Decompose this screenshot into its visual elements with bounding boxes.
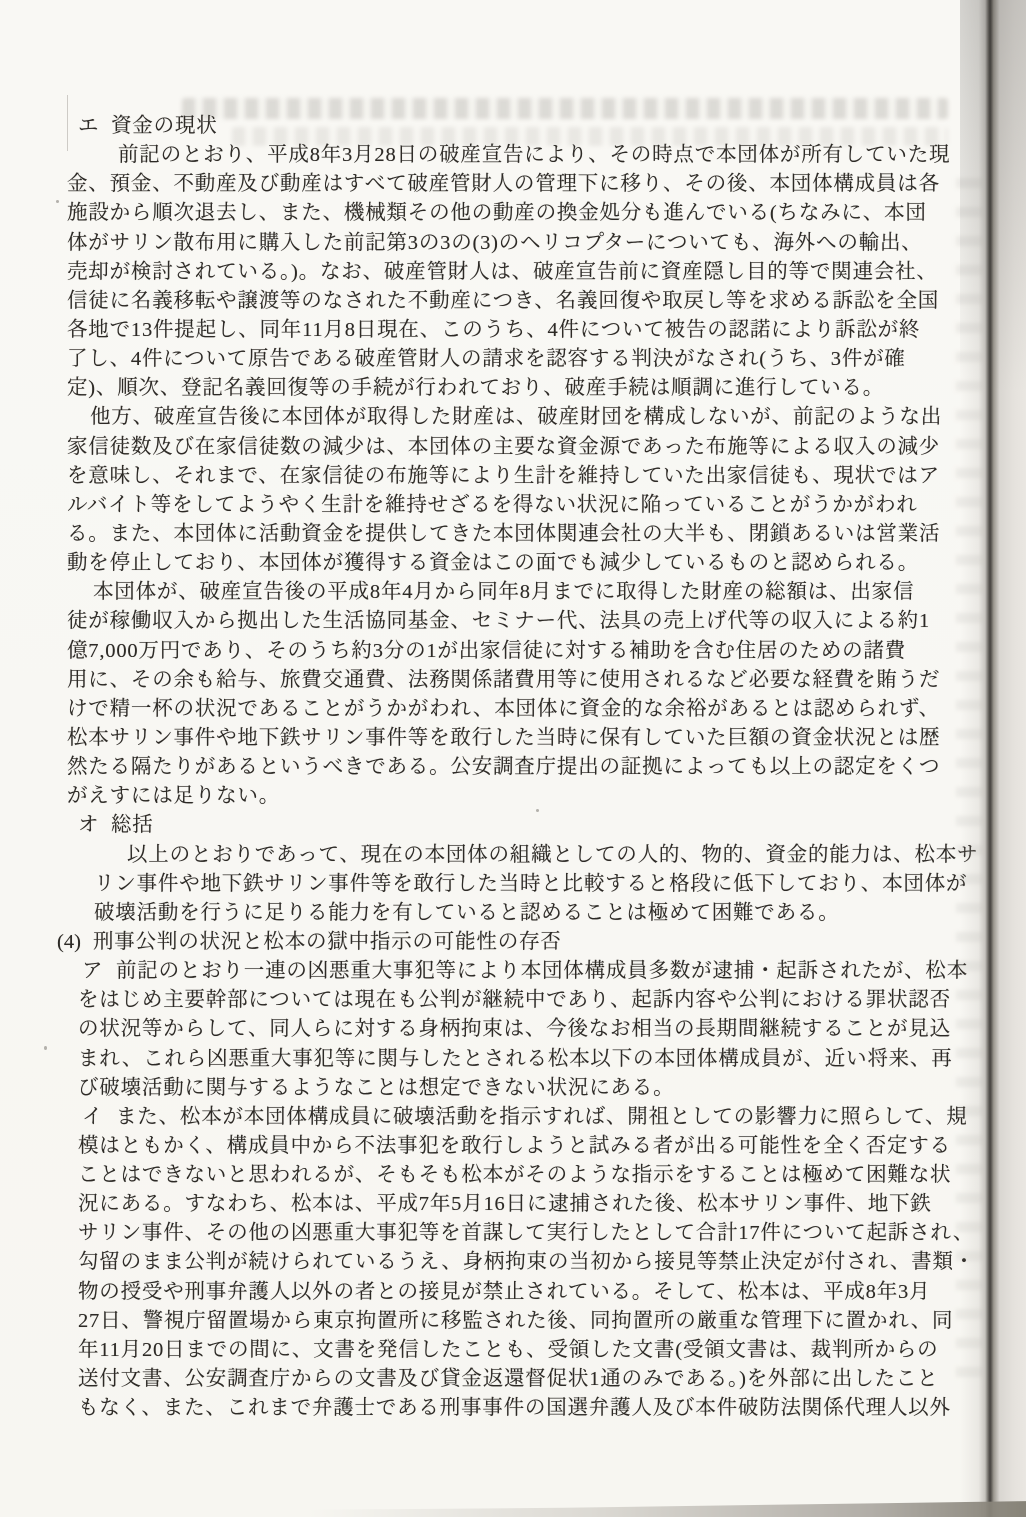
text-line: 他方、破産宣告後に本団体が取得した財産は、破産財団を構成しないが、前記のような出 xyxy=(0,403,1026,432)
section-marker: エ xyxy=(78,112,111,141)
text-line: 況にある。すなわち、松本は、平成7年5月16日に逮捕された後、松本サリン事件、地… xyxy=(0,1190,1026,1219)
text-line: 松本サリン事件や地下鉄サリン事件等を敢行した当時に保有していた巨額の資金状況とは… xyxy=(0,724,1026,753)
page-spine-shadow xyxy=(960,0,1026,1517)
text-line: もなく、また、これまで弁護士である刑事事件の国選弁護人及び本件破防法関係代理人以… xyxy=(0,1394,1026,1423)
text-line: まれ、これら凶悪重大事犯等に関与したとされる松本以下の本団体構成員が、近い将来、… xyxy=(0,1045,1026,1074)
text-line: 用に、その余も給与、旅費交通費、法務関係諸費用等に使用されるなど必要な経費を賄う… xyxy=(0,666,1026,695)
text-line: 27日、警視庁留置場から東京拘置所に移監された後、同拘置所の厳重な管理下に置かれ… xyxy=(0,1307,1026,1336)
section-heading: エ資金の現状 xyxy=(0,112,1026,141)
text-line: 信徒に名義移転や譲渡等のなされた不動産につき、名義回復や取戻し等を求める訴訟を全… xyxy=(0,287,1026,316)
text-line: ことはできないと思われるが、そもそも松本がそのような指示をすることは極めて困難な… xyxy=(0,1161,1026,1190)
text-line: 以上のとおりであって、現在の本団体の組織としての人的、物的、資金的能力は、松本サ xyxy=(0,841,1026,870)
text-line: がえすには足りない。 xyxy=(0,782,1026,811)
text-line: 然たる隔たりがあるというべきである。公安調査庁提出の証拠によっても以上の認定をく… xyxy=(0,753,1026,782)
text-line: 送付文書、公安調査庁からの文書及び貸金返還督促状1通のみである。)を外部に出した… xyxy=(0,1365,1026,1394)
section-title: 資金の現状 xyxy=(111,115,218,137)
sub-item: イまた、松本が本団体構成員に破壊活動を指示すれば、開祖としての影響力に照らして、… xyxy=(0,1103,1026,1132)
text-line: 前記のとおり、平成8年3月28日の破産宣告により、その時点で本団体が所有していた… xyxy=(0,141,1026,170)
text-line: 定)、順次、登記名義回復等の手続が行われており、破産手続は順調に進行している。 xyxy=(0,374,1026,403)
document-text: エ資金の現状 前記のとおり、平成8年3月28日の破産宣告により、その時点で本団体… xyxy=(0,112,1026,1423)
text-line: をはじめ主要幹部については現在も公判が継続中であり、起訴内容や公判における罪状認… xyxy=(0,986,1026,1015)
text-line: 破壊活動を行うに足りる能力を有していると認めることは極めて困難である。 xyxy=(0,899,1026,928)
numbered-heading: (4)刑事公判の状況と松本の獄中指示の可能性の存否 xyxy=(0,928,1026,957)
sub-item: ア前記のとおり一連の凶悪重大事犯等により本団体構成員多数が逮捕・起訴されたが、松… xyxy=(0,957,1026,986)
text-line: 各地で13件提起し、同年11月8日現在、このうち、4件について被告の認諾により訴… xyxy=(0,316,1026,345)
sub-item-text: また、松本が本団体構成員に破壊活動を指示すれば、開祖としての影響力に照らして、規 xyxy=(116,1106,968,1128)
text-line: 徒が稼働収入から拠出した生活協同基金、セミナー代、法具の売上げ代等の収入による約… xyxy=(0,607,1026,636)
text-line: 金、預金、不動産及び動産はすべて破産管財人の管理下に移り、その後、本団体構成員は… xyxy=(0,170,1026,199)
text-line: けで精一杯の状況であることがうかがわれ、本団体に資金的な余裕があるとは認められず… xyxy=(0,695,1026,724)
heading-title: 刑事公判の状況と松本の獄中指示の可能性の存否 xyxy=(93,931,562,953)
text-line: る。また、本団体に活動資金を提供してきた本団体関連会社の大半も、閉鎖あるいは営業… xyxy=(0,520,1026,549)
scanned-page: エ資金の現状 前記のとおり、平成8年3月28日の破産宣告により、その時点で本団体… xyxy=(0,0,1026,1517)
section-heading: オ総括 xyxy=(0,811,1026,840)
section-marker: オ xyxy=(78,811,111,840)
scan-bottom-edge xyxy=(0,1495,1026,1517)
text-line: 物の授受や刑事弁護人以外の者との接見が禁止されている。そして、松本は、平成8年3… xyxy=(0,1278,1026,1307)
text-line: サリン事件、その他の凶悪重大事犯等を首謀して実行したとして合計17件について起訴… xyxy=(0,1219,1026,1248)
text-line: 億7,000万円であり、そのうち約3分の1が出家信徒に対する補助を含む住居のため… xyxy=(0,637,1026,666)
text-line: を意味し、それまで、在家信徒の布施等により生計を維持していた出家信徒も、現状では… xyxy=(0,462,1026,491)
text-line: 年11月20日までの間に、文書を発信したことも、受領した文書(受領文書は、裁判所… xyxy=(0,1336,1026,1365)
text-line: 動を停止しており、本団体が獲得する資金はこの面でも減少しているものと認められる。 xyxy=(0,549,1026,578)
text-line: び破壊活動に関与するようなことは想定できない状況にある。 xyxy=(0,1074,1026,1103)
text-line: の状況等からして、同人らに対する身柄拘束は、今後なお相当の長期間継続することが見… xyxy=(0,1015,1026,1044)
text-line: 家信徒数及び在家信徒数の減少は、本団体の主要な資金源であった布施等による収入の減… xyxy=(0,433,1026,462)
text-line: リン事件や地下鉄サリン事件等を敢行した当時と比較すると格段に低下しており、本団体… xyxy=(0,870,1026,899)
text-line: 了し、4件について原告である破産管財人の請求を認容する判決がなされ(うち、3件が… xyxy=(0,345,1026,374)
sub-item-text: 前記のとおり一連の凶悪重大事犯等により本団体構成員多数が逮捕・起訴されたが、松本 xyxy=(116,960,968,982)
text-line: 施設から順次退去し、また、機械類その他の動産の換金処分も進んでいる(ちなみに、本… xyxy=(0,199,1026,228)
text-line: 模はともかく、構成員中から不法事犯を敢行しようと試みる者が出る可能性を全く否定す… xyxy=(0,1132,1026,1161)
sub-item-marker: イ xyxy=(82,1103,116,1132)
section-title: 総括 xyxy=(111,814,154,836)
text-line: 体がサリン散布用に購入した前記第3の3の(3)のヘリコプターについても、海外への… xyxy=(0,229,1026,258)
text-line: 売却が検討されている。)。なお、破産管財人は、破産宣告前に資産隠し目的等で関連会… xyxy=(0,258,1026,287)
text-line: 勾留のまま公判が続けられているうえ、身柄拘束の当初から接見等禁止決定が付され、書… xyxy=(0,1248,1026,1277)
sub-item-marker: ア xyxy=(82,957,116,986)
text-line: ルバイト等をしてようやく生計を維持せざるを得ない状況に陥っていることがうかがわれ xyxy=(0,491,1026,520)
text-line: 本団体が、破産宣告後の平成8年4月から同年8月までに取得した財産の総額は、出家信 xyxy=(0,578,1026,607)
item-number: (4) xyxy=(57,928,93,957)
